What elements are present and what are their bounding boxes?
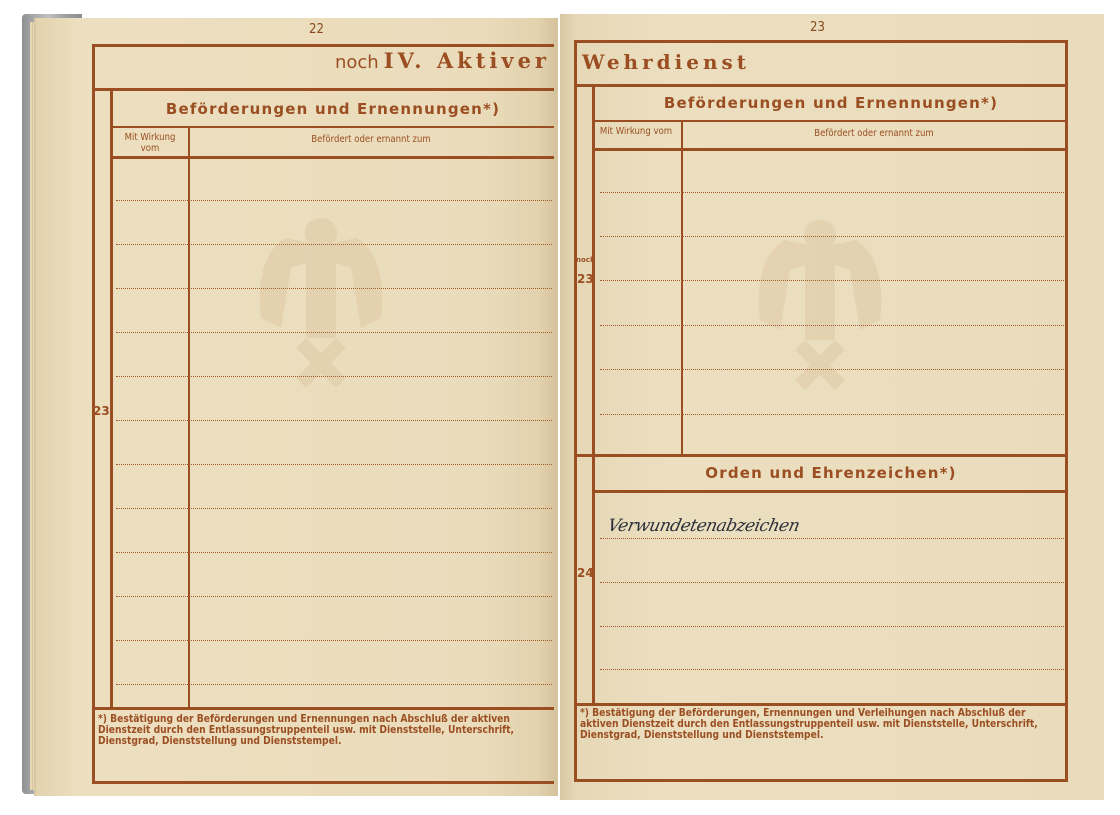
divider [574, 84, 1068, 87]
form-frame [574, 40, 1068, 782]
divider [112, 156, 554, 159]
eagle-watermark-icon [246, 208, 396, 398]
divider [110, 91, 113, 707]
page-number: 22 [309, 22, 324, 37]
entry-line[interactable] [116, 464, 552, 465]
entry-line[interactable] [116, 684, 552, 685]
divider [92, 88, 554, 91]
divider [594, 490, 1068, 493]
section-title: Beförderungen und Ernennungen*) [594, 94, 1068, 112]
footnote: *) Bestätigung der Beförderungen, Ernenn… [580, 708, 1064, 741]
divider [574, 703, 1068, 706]
page-number: 23 [810, 20, 825, 35]
award-entry-handwritten: Verwundetenabzeichen [606, 516, 801, 536]
eagle-watermark-icon [745, 210, 895, 400]
left-page: 22 noch IV. Aktiver Beförderungen und Er… [36, 18, 558, 796]
entry-line[interactable] [116, 420, 552, 421]
divider [594, 120, 1068, 122]
row-number: 23 [577, 272, 594, 286]
row-number-prefix: noch [576, 256, 595, 264]
form-frame [92, 44, 554, 784]
column-header-rank: Befördert oder ernannt zum [191, 134, 551, 145]
entry-line[interactable] [116, 640, 552, 641]
column-header-date: Mit Wirkung vom [596, 126, 676, 137]
column-header-date: Mit Wirkung vom [114, 132, 186, 154]
divider [188, 128, 190, 708]
section-title: Beförderungen und Ernennungen*) [112, 100, 554, 118]
divider [112, 126, 554, 128]
entry-line[interactable] [116, 552, 552, 553]
entry-line[interactable] [116, 508, 552, 509]
footnote: *) Bestätigung der Beförderungen und Ern… [98, 714, 550, 747]
divider [574, 454, 1068, 457]
entry-line[interactable] [600, 192, 1064, 193]
entry-line[interactable] [600, 669, 1064, 670]
right-page: 23 Wehrdienst Beförderungen und Ernennun… [560, 14, 1104, 800]
divider [594, 148, 1068, 151]
header-prefix: noch [335, 52, 379, 73]
header-title: Wehrdienst [582, 50, 750, 74]
page-header: noch IV. Aktiver [96, 48, 550, 88]
entry-line[interactable] [600, 414, 1064, 415]
divider [592, 87, 595, 703]
entry-line[interactable] [600, 626, 1064, 627]
divider [681, 122, 683, 456]
column-header-rank: Befördert oder ernannt zum [684, 128, 1064, 139]
entry-line[interactable] [116, 200, 552, 201]
entry-line[interactable] [116, 596, 552, 597]
awards-section-title: Orden und Ehrenzeichen*) [594, 464, 1068, 482]
entry-line[interactable] [600, 582, 1064, 583]
row-number: 23 [93, 404, 110, 418]
header-title: IV. Aktiver [384, 48, 550, 73]
divider [92, 707, 554, 710]
awards-row-number: 24 [577, 566, 594, 580]
entry-line[interactable] [600, 538, 1064, 539]
